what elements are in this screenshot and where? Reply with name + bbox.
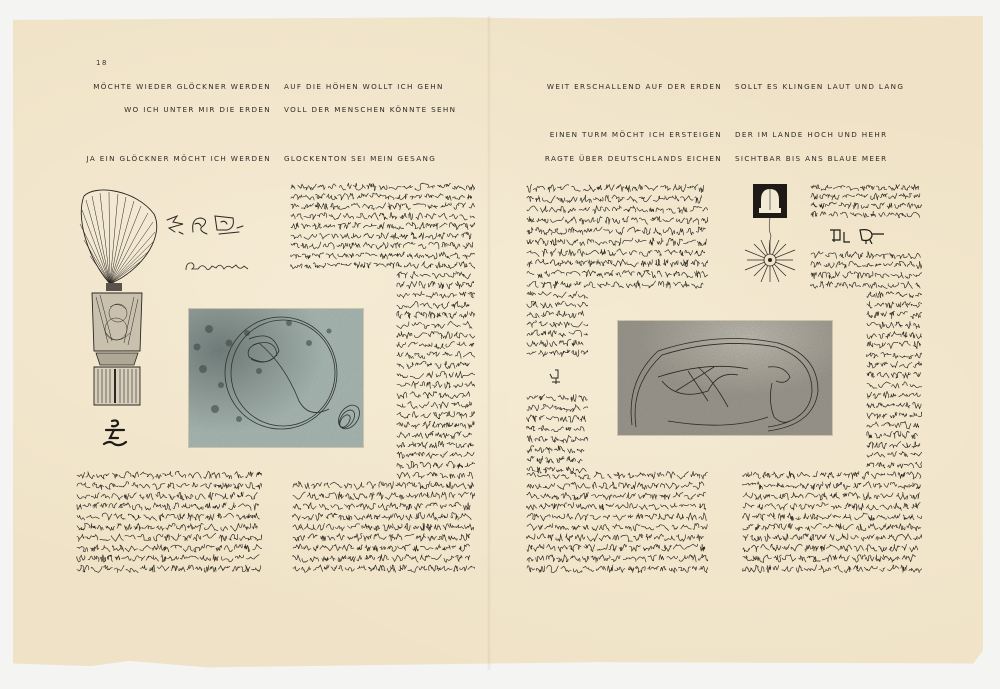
secret-writing-block bbox=[866, 290, 922, 470]
verse-line-2-col1: Wo ich unter mir die Erden bbox=[124, 105, 271, 114]
book-gutter bbox=[487, 16, 491, 670]
verse-line-1-col2: Auf die Höhen wollt ich gehn bbox=[284, 82, 444, 91]
page-number: 18 bbox=[96, 59, 108, 67]
secret-writing-block bbox=[526, 393, 588, 475]
running-figure-glyph-icon bbox=[100, 418, 130, 448]
verse-line-3-col2: Glockenton sei mein Gesang bbox=[284, 154, 436, 163]
verse-line-3-col1: Ja ein Glöckner möcht ich werden bbox=[87, 154, 272, 163]
small-standing-glyph-icon bbox=[548, 368, 562, 386]
bell-emblem-and-star-icon bbox=[741, 184, 797, 284]
secret-writing-block bbox=[526, 470, 708, 574]
carved-totem-figure-icon bbox=[88, 283, 146, 408]
pictograph-pair-icon bbox=[828, 226, 888, 244]
secret-writing-block bbox=[292, 480, 475, 574]
verse-line-5-col1: Einen Turm möcht ich ersteigen bbox=[550, 130, 722, 139]
secret-writing-block bbox=[810, 183, 922, 219]
secret-writing-block bbox=[810, 250, 922, 290]
small-glyph-row-icon bbox=[184, 260, 250, 272]
grey-etching bbox=[617, 320, 833, 436]
secret-writing-block bbox=[290, 182, 475, 270]
verse-line-6-col1: Ragte über Deutschlands Eichen bbox=[545, 154, 722, 163]
butterfly-wing-icon bbox=[76, 186, 160, 286]
secret-writing-block bbox=[526, 290, 588, 358]
verse-line-6-col2: Sichtbar bis ans blaue Meer bbox=[735, 154, 888, 163]
secret-writing-block bbox=[742, 470, 922, 574]
pictograph-row-icon bbox=[163, 212, 245, 238]
secret-writing-block bbox=[526, 183, 708, 290]
verse-line-2-col2: Voll der Menschen könnte sehn bbox=[284, 105, 456, 114]
secret-writing-block bbox=[76, 470, 262, 574]
verse-line-1-col1: Möchte wieder Glöckner werden bbox=[93, 82, 271, 91]
blue-grey-etching bbox=[188, 308, 364, 448]
verse-line-4-col1: Weit erschallend auf der Erden bbox=[547, 82, 722, 91]
secret-writing-block bbox=[396, 270, 475, 480]
verse-line-5-col2: Der im Lande hoch und hehr bbox=[735, 130, 887, 139]
verse-line-4-col2: Sollt es klingen laut und lang bbox=[735, 82, 904, 91]
